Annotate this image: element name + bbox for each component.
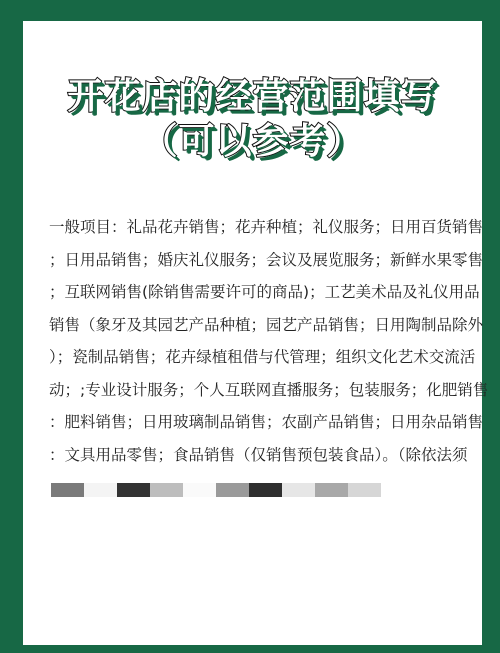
strip-segment: [84, 483, 117, 497]
page-title: 开花店的经营范围填写: [23, 75, 482, 119]
strip-segment: [282, 483, 315, 497]
strip-segment: [183, 483, 216, 497]
strip-segment: [348, 483, 381, 497]
text-line: ：文具用品零售；食品销售（仅销售预包装食品）。（除依法须: [49, 439, 465, 472]
text-line: ；日用品销售；婚庆礼仪服务；会议及展览服务；新鲜水果零售: [49, 244, 465, 277]
business-scope-text: 一般项目：礼品花卉销售；花卉种植；礼仪服务；日用百货销售 ；日用品销售；婚庆礼仪…: [49, 211, 465, 471]
strip-segment: [249, 483, 282, 497]
strip-segment: [51, 483, 84, 497]
strip-segment: [315, 483, 348, 497]
strip-segment: [117, 483, 150, 497]
strip-segment: [150, 483, 183, 497]
text-line: 一般项目：礼品花卉销售；花卉种植；礼仪服务；日用百货销售: [49, 211, 465, 244]
truncated-text-strip: [51, 483, 381, 497]
strip-segment: [216, 483, 249, 497]
page-subtitle: （可以参考）: [23, 120, 482, 164]
document-page: 开花店的经营范围填写 （可以参考） 一般项目：礼品花卉销售；花卉种植；礼仪服务；…: [23, 21, 482, 645]
text-line: ）；瓷制品销售；花卉绿植租借与代管理；组织文化艺术交流活: [49, 341, 465, 374]
text-line: 销售（象牙及其园艺产品种植；园艺产品销售；日用陶制品除外: [49, 309, 465, 342]
text-line: 动；;专业设计服务；个人互联网直播服务；包装服务；化肥销售: [49, 374, 465, 407]
text-line: ：肥料销售；日用玻璃制品销售；农副产品销售；日用杂品销售: [49, 406, 465, 439]
text-line: ；互联网销售(除销售需要许可的商品)；工艺美术品及礼仪用品: [49, 276, 465, 309]
